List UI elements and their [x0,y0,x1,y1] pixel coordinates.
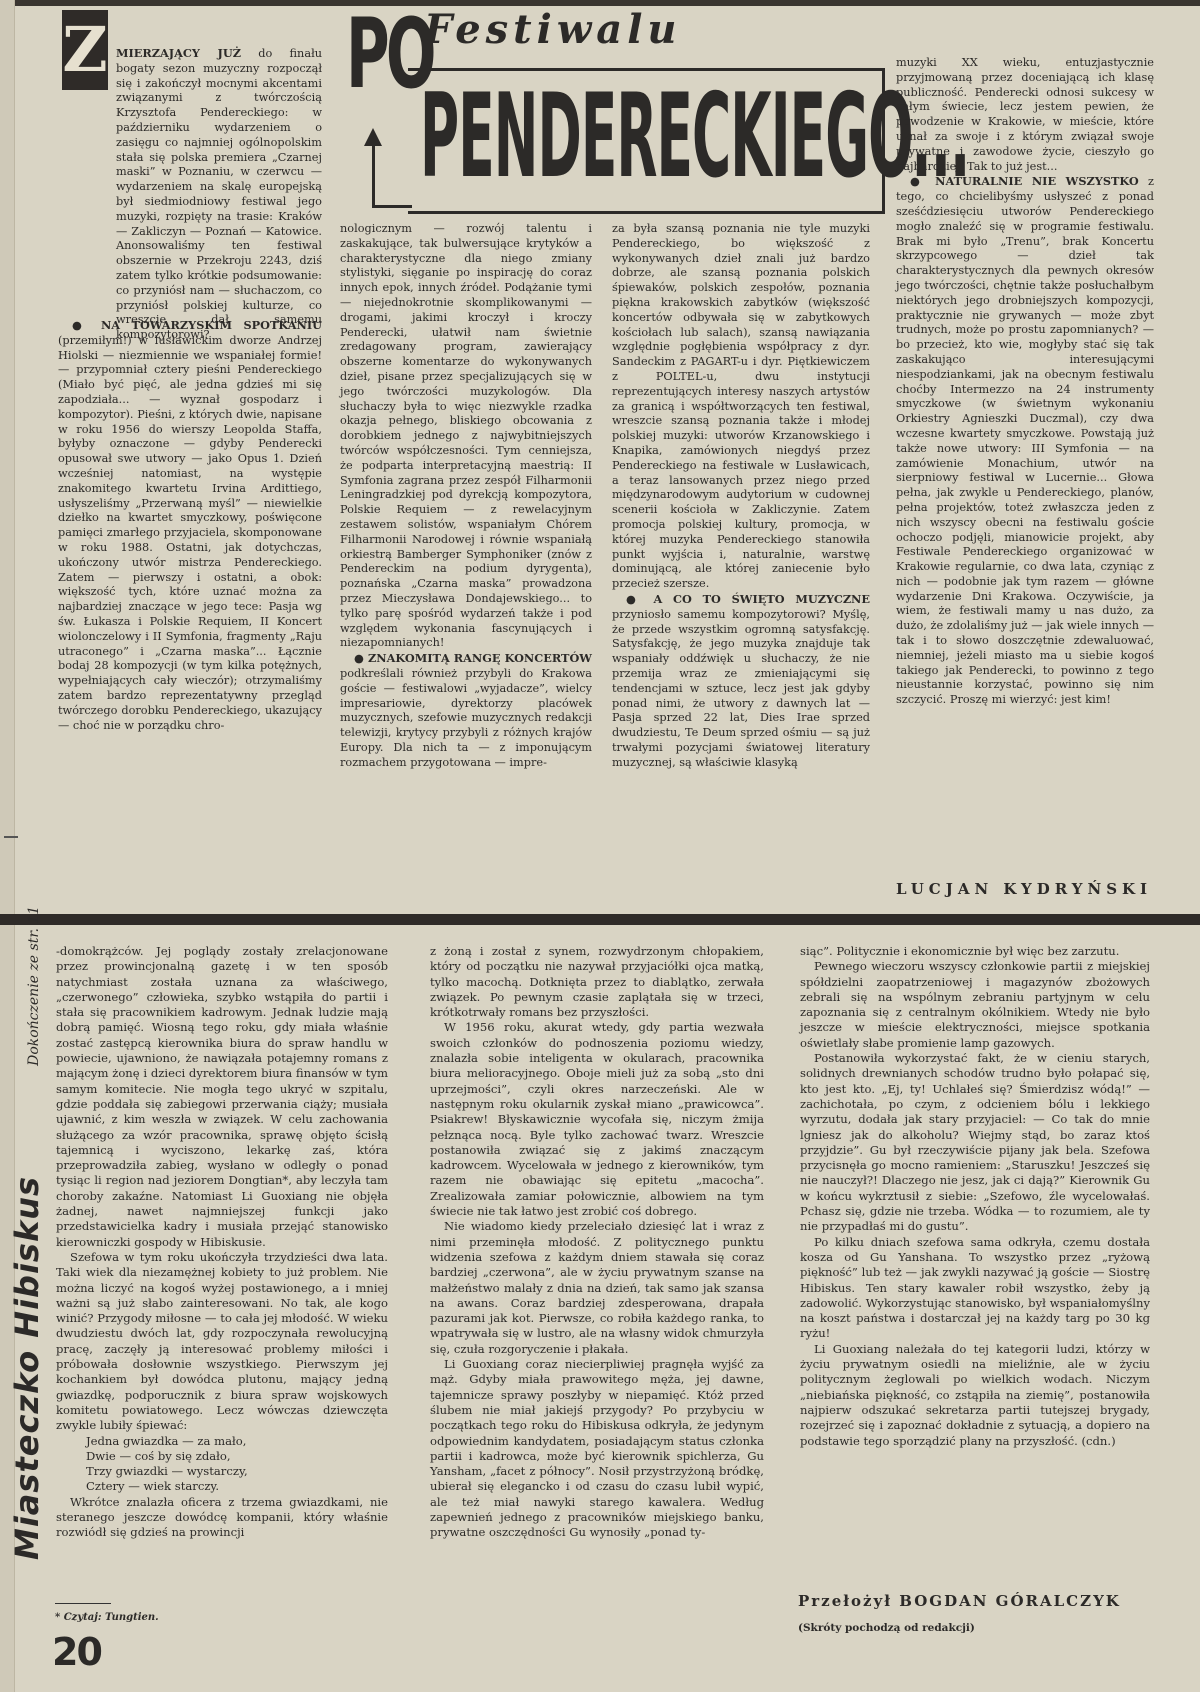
paragraph: muzyki XX wieku, entuzjastycznie przyjmo… [896,56,1154,174]
paragraph: ● A CO TO ŚWIĘTO MUZYCZNE przyniosło sam… [612,592,870,771]
margin-mark [4,836,18,838]
title-arrow-line [372,140,375,208]
section-divider [0,914,1200,925]
article2-column-1: -domokrążców. Jej poglądy zostały zrelac… [56,944,388,1541]
article1-column-4: muzyki XX wieku, entuzjastycznie przyjmo… [896,56,1154,708]
body-text: przyniosło samemu kompozytorowi? Myślę, … [612,608,870,769]
body-text: nologicznym — rozwój talentu i zaskakują… [340,222,592,649]
drop-cap: Z [62,10,108,90]
paragraph: z żoną i został z synem, rozwydrzonym ch… [430,944,764,1020]
lead-in: MIERZAJĄCY JUŻ [116,46,241,60]
paragraph: siąc”. Politycznie i ekonomicznie był wi… [800,944,1150,959]
body-text: (przemiłym!) w lusławickim dworze Andrze… [58,334,322,732]
series-heading: Miasteczko HibiskusDokończenie ze str. 1… [8,906,46,1560]
article2-column-2: z żoną i został z synem, rozwydrzonym ch… [430,944,764,1541]
paragraph: Wkrótce znalazła oficera z trzema gwiazd… [56,1495,388,1541]
paragraph: Szefowa w tym roku ukończyła trzydzieści… [56,1250,388,1434]
paragraph: -domokrążców. Jej poglądy zostały zrelac… [56,944,388,1250]
continuation-note: Dokończenie ze str. 11 [26,906,42,1066]
poem: Jedna gwiazdka — za mało, Dwie — coś by … [56,1434,388,1495]
paragraph: Li Guoxiang należała do tej kategorii lu… [800,1342,1150,1449]
lead-in: ● NATURALNIE NIE WSZYSTKO [910,174,1139,188]
body-text: za była szansą poznania nie tyle muzyki … [612,222,870,590]
paragraph: za była szansą poznania nie tyle muzyki … [612,222,870,592]
paragraph: Postanowiła wykorzystać fakt, że w cieni… [800,1051,1150,1235]
lead-in: ● A CO TO ŚWIĘTO MUZYCZNE [626,592,870,606]
article1-column-2: nologicznym — rozwój talentu i zaskakują… [340,222,592,770]
poem-line: Trzy gwiazdki — wystarczy, [86,1464,388,1479]
series-title: Miasteczko Hibiskus [8,1176,46,1560]
paragraph: Pewnego wieczoru wszyscy członkowie part… [800,959,1150,1051]
poem-line: Dwie — coś by się zdało, [86,1449,388,1464]
article1-author: LUCJAN KYDRYŃSKI [896,880,1152,898]
title-festiwalu: Festiwalu [424,6,681,53]
footnote-rule [55,1603,111,1604]
poem-line: Jedna gwiazdka — za mało, [86,1434,388,1449]
article1-column-1b: ● NA TOWARZYSKIM SPOTKANIU (przemiłym!) … [58,318,322,733]
paragraph: nologicznym — rozwój talentu i zaskakują… [340,222,592,651]
paragraph: ● NATURALNIE NIE WSZYSTKO z tego, co chc… [896,174,1154,708]
page-number: 20 [52,1630,101,1674]
body-text: podkreślali również przybyli do Krakowa … [340,667,592,769]
paragraph: ● NA TOWARZYSKIM SPOTKANIU (przemiłym!) … [58,318,322,733]
editor-note: (Skróty pochodzą od redakcji) [798,1622,975,1634]
body-text: muzyki XX wieku, entuzjastycznie przyjmo… [896,56,1154,173]
title-arrow-base [372,205,412,208]
paragraph: Po kilku dniach szefowa sama odkryła, cz… [800,1235,1150,1342]
article2-column-3: siąc”. Politycznie i ekonomicznie był wi… [800,944,1150,1449]
article1-column-3: za była szansą poznania nie tyle muzyki … [612,222,870,770]
poem-line: Cztery — wiek starczy. [86,1479,388,1494]
lead-in: ● NA TOWARZYSKIM SPOTKANIU [72,318,322,332]
lead-in: ● ZNAKOMITĄ RANGĘ KONCERTÓW [354,651,592,665]
translator-credit: Przełożył BOGDAN GÓRALCZYK [798,1592,1121,1610]
footnote: * Czytaj: Tungtien. [55,1612,159,1623]
paragraph: Li Guoxiang coraz niecierpliwiej pragnęł… [430,1357,764,1541]
paragraph: W 1956 roku, akurat wtedy, gdy partia we… [430,1020,764,1219]
paragraph: MIERZAJĄCY JUŻ do finału bogaty sezon mu… [116,46,322,343]
article-title: PENDERECKIEGO... [420,72,969,202]
body-text: z tego, co chcielibyśmy usłyszeć z ponad… [896,175,1154,706]
body-text: do finału bogaty sezon muzyczny rozpoczą… [116,47,322,341]
paragraph: Nie wiadomo kiedy przeleciało dziesięć l… [430,1219,764,1357]
paragraph: ● ZNAKOMITĄ RANGĘ KONCERTÓW podkreślali … [340,651,592,770]
article1-column-1: MIERZAJĄCY JUŻ do finału bogaty sezon mu… [116,46,322,343]
